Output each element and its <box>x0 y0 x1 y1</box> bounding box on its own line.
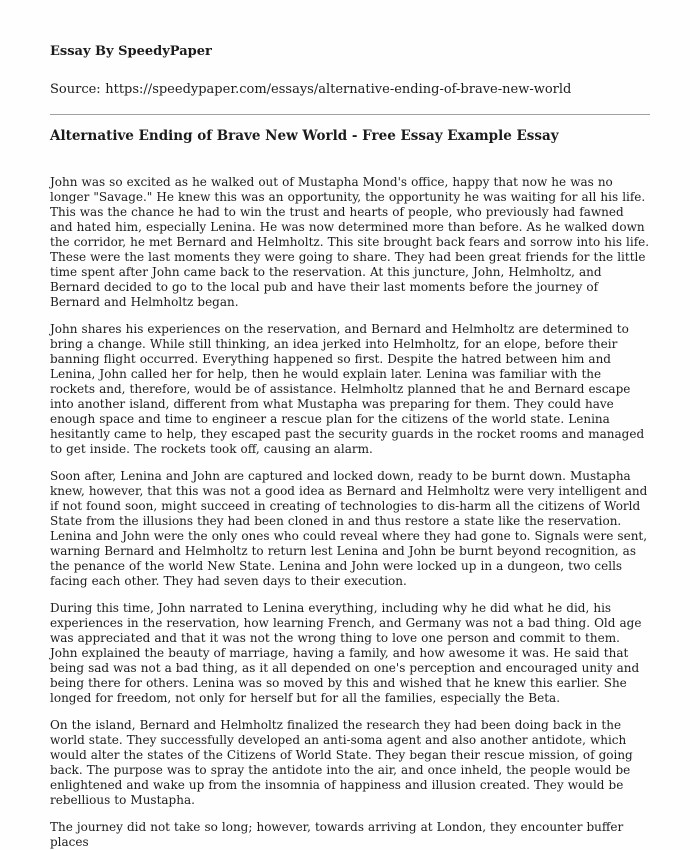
essay-paragraph-6: The journey did not take so long; howeve… <box>50 820 650 850</box>
essay-paragraph-5: On the island, Bernard and Helmholtz fin… <box>50 718 650 808</box>
essay-paragraph-3: Soon after, Lenina and John are captured… <box>50 469 650 589</box>
essay-paragraph-4: During this time, John narrated to Lenin… <box>50 601 650 706</box>
document-byline: Essay By SpeedyPaper <box>50 44 650 60</box>
header-divider <box>50 114 650 115</box>
document-source-line: Source:https://speedypaper.com/essays/al… <box>50 82 650 98</box>
essay-body: John was so excited as he walked out of … <box>50 175 650 850</box>
essay-paragraph-1: John was so excited as he walked out of … <box>50 175 650 310</box>
essay-title: Alternative Ending of Brave New World - … <box>50 128 650 145</box>
document-page: Essay By SpeedyPaper Source:https://spee… <box>0 0 700 850</box>
essay-paragraph-2: John shares his experiences on the reser… <box>50 322 650 457</box>
source-url: https://speedypaper.com/essays/alternati… <box>105 82 571 97</box>
source-label: Source: <box>50 82 101 97</box>
